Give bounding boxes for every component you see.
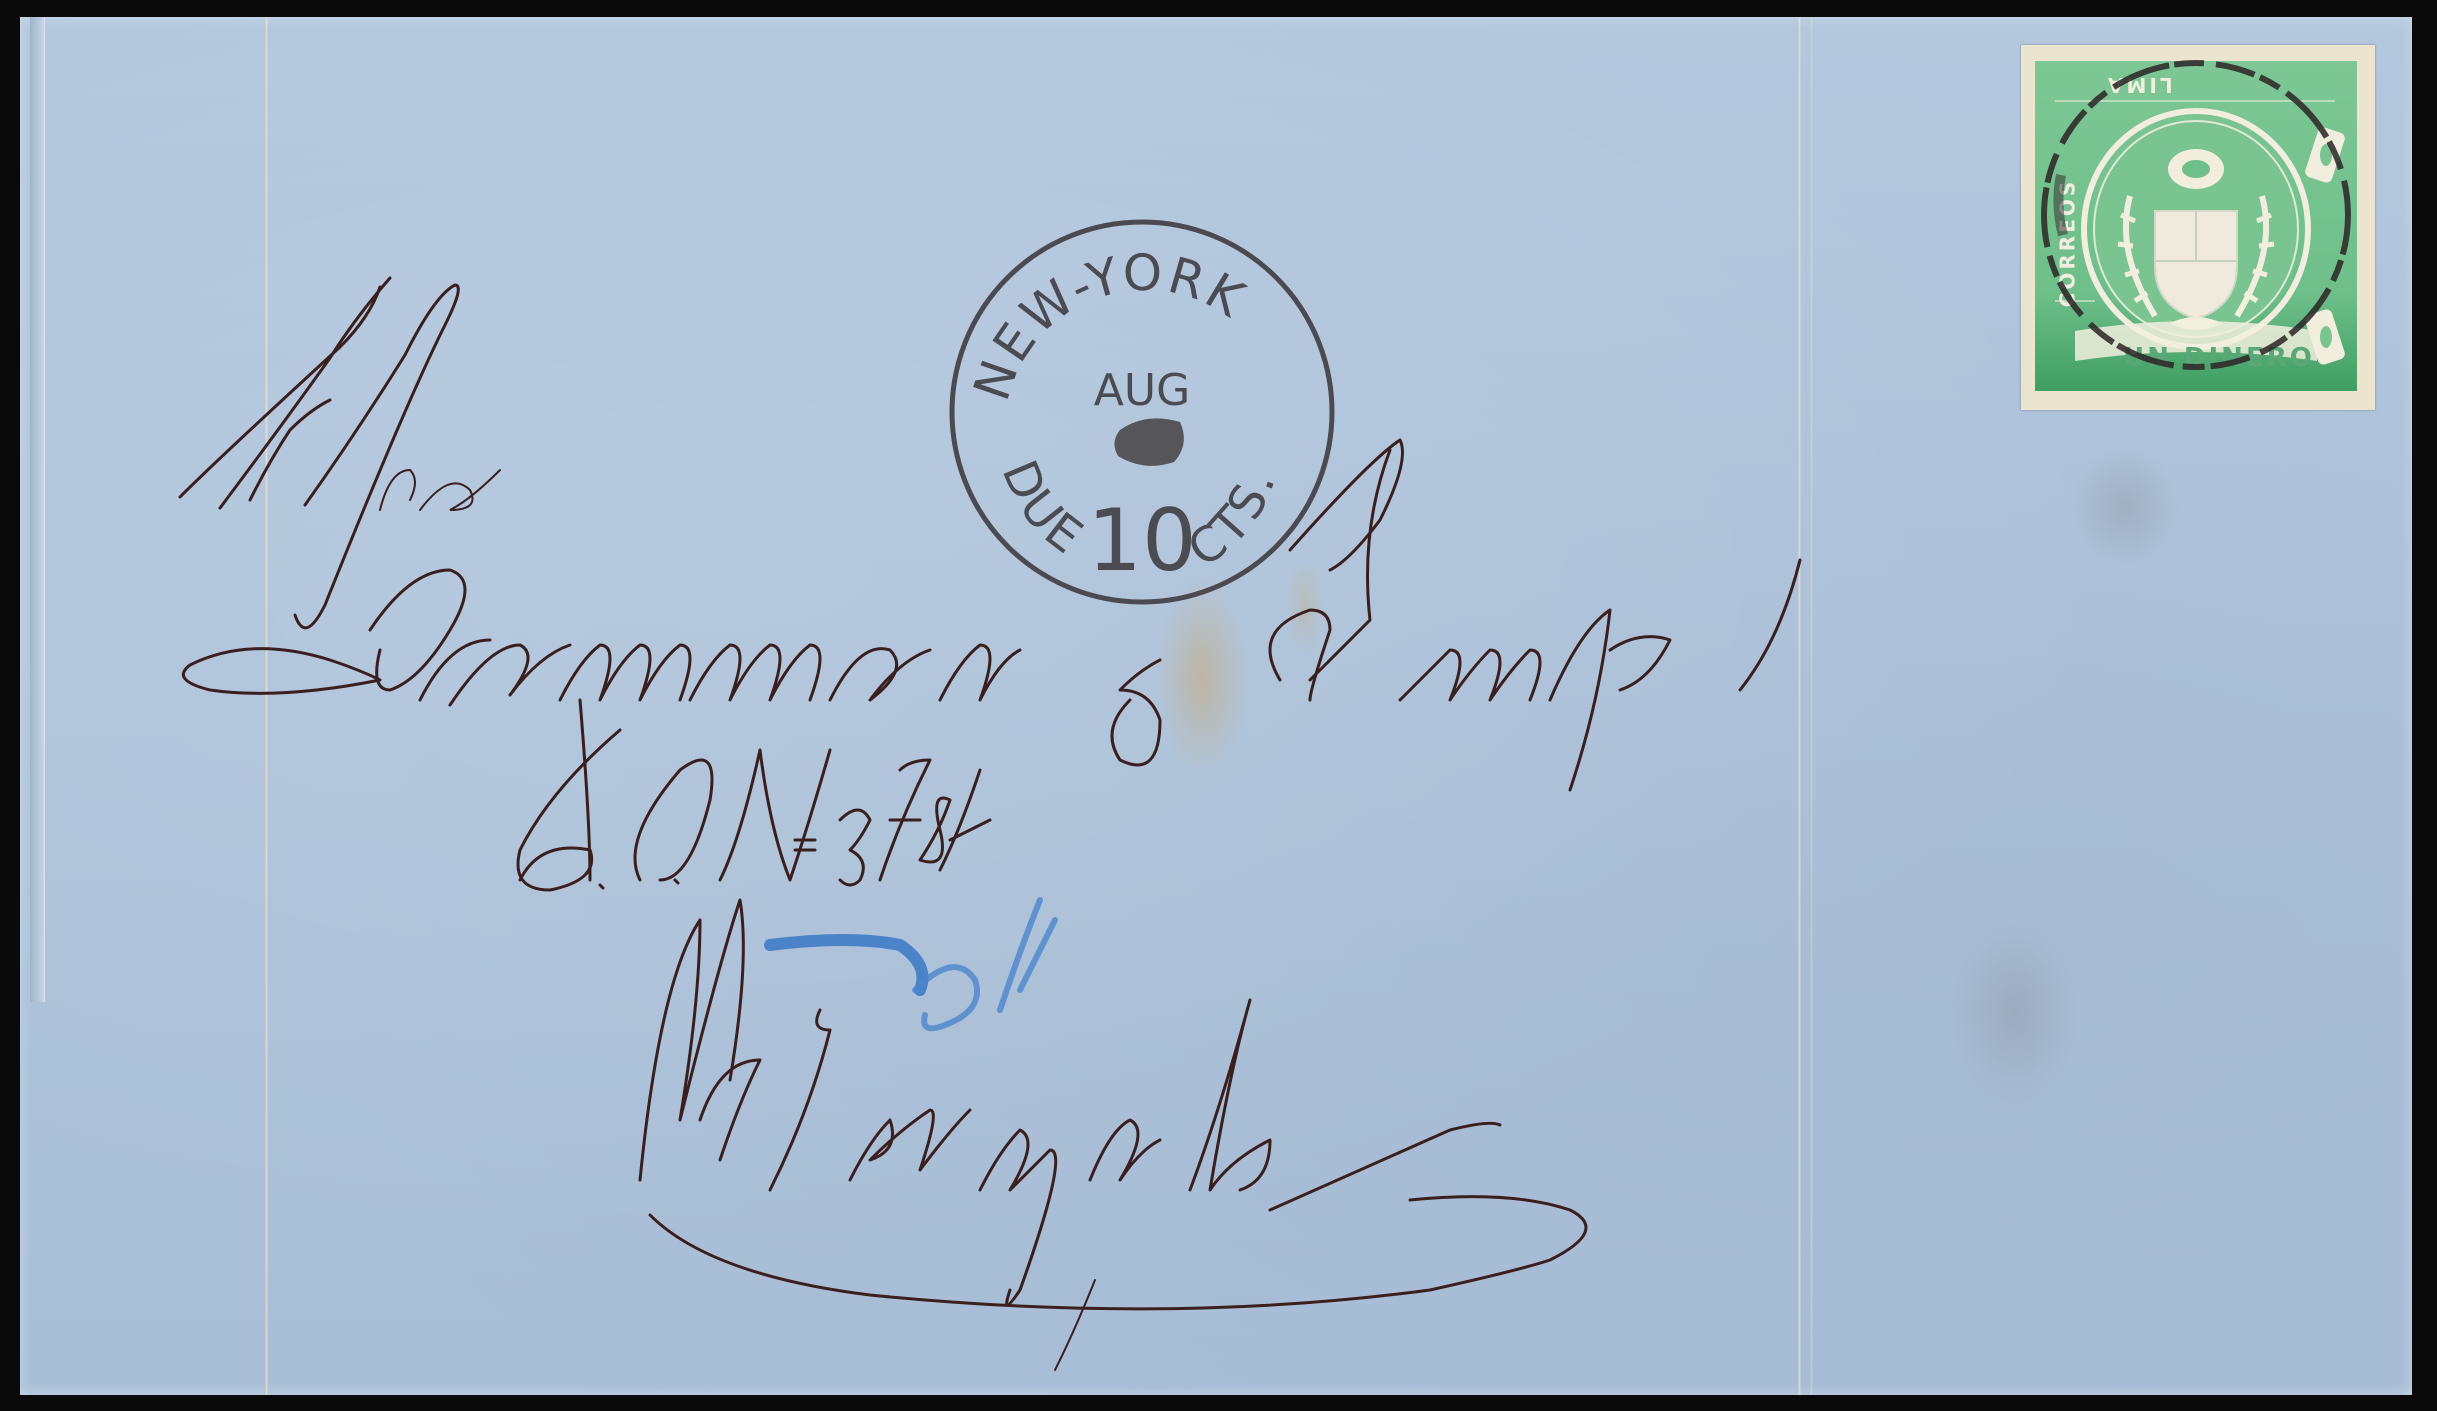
postage-stamp: LIMA CORREOS UN DINERO — [2021, 45, 2375, 410]
address-addressee: Camman & Kemp — [190, 520, 1529, 694]
ink-smudge — [2070, 447, 2180, 567]
fold-crease-right — [1798, 17, 1801, 1395]
blue-crayon-marking: 30 — [770, 900, 885, 1005]
address-po-box: P. O. No 3784 — [520, 720, 1410, 872]
address-salutation: Messrs — [180, 380, 616, 519]
address-city: New York — [640, 1020, 1375, 1194]
fold-crease-left — [265, 17, 268, 1395]
fold-crease-right-shadow — [1810, 17, 1813, 1395]
fold-overlap-edge — [30, 17, 45, 1002]
circular-cancel-icon — [1981, 25, 2401, 445]
svg-text:AUG: AUG — [1094, 365, 1190, 416]
ink-smudge — [1950, 917, 2080, 1107]
